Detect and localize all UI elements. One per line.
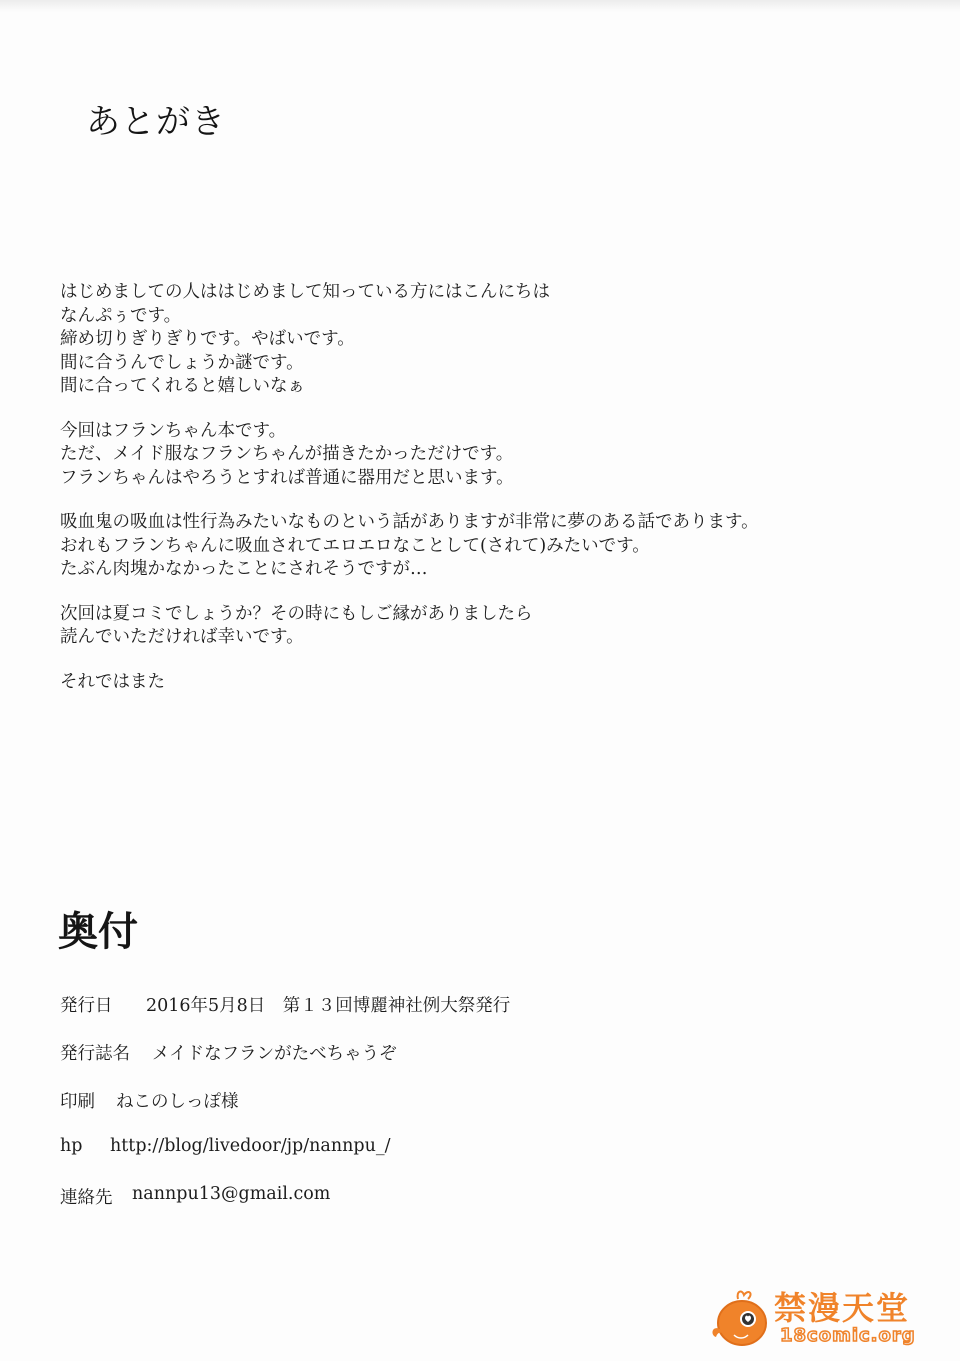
text-line: おれもフランちゃんに吸血されてエロエロなことして(されて)みたいです。 [60, 535, 759, 559]
watermark-logo: 禁漫天堂 18comic.org [708, 1285, 918, 1351]
afterword-paragraph: 今回はフランちゃん本です。 ただ、メイド服なフランちゃんが描きたかっただけです。… [60, 420, 759, 491]
text-line: 吸血鬼の吸血は性行為みたいなものという話がありますが非常に夢のある話であります。 [60, 511, 759, 535]
afterword-body: はじめましての人ははじめまして知っている方にはこんにちは なんぷぅです。 締め切… [60, 281, 759, 715]
text-line: はじめましての人ははじめまして知っている方にはこんにちは [60, 281, 759, 305]
contact-email[interactable]: nannpu13@gmail.com [132, 1184, 330, 1232]
text-line: 今回はフランちゃん本です。 [60, 420, 759, 444]
homepage-link[interactable]: http://blog/livedoor/jp/nannpu_/ [110, 1136, 391, 1184]
text-line: ただ、メイド服なフランちゃんが描きたかっただけです。 [60, 443, 759, 467]
text-line: フランちゃんはやろうとすれば普通に器用だと思います。 [60, 467, 759, 491]
text-line: 締め切りぎりぎりです。やばいです。 [60, 328, 759, 352]
colophon-row-date: 発行日 2016年5月8日 第１３回博麗神社例大祭発行 [60, 992, 510, 1040]
colophon-label: 発行誌名 [60, 1040, 152, 1088]
colophon-row-title: 発行誌名 メイドなフランがたべちゃうぞ [60, 1040, 510, 1088]
colophon-row-contact: 連絡先 nannpu13@gmail.com [60, 1184, 510, 1232]
text-line: それではまた [60, 671, 759, 695]
watermark-name: 禁漫天堂 [774, 1291, 910, 1325]
colophon-title: 奥付 [58, 900, 138, 957]
colophon-value: ねこのしっぽ様 [116, 1088, 239, 1136]
colophon-label: 連絡先 [60, 1184, 132, 1232]
page-top-edge [0, 0, 960, 12]
afterword-paragraph: はじめましての人ははじめまして知っている方にはこんにちは なんぷぅです。 締め切… [60, 281, 759, 399]
colophon-value: メイドなフランがたべちゃうぞ [152, 1040, 397, 1088]
watermark-domain: 18comic.org [780, 1325, 916, 1346]
afterword-title: あとがき [86, 94, 226, 143]
text-line: 間に合うんでしょうか謎です。 [60, 352, 759, 376]
colophon-value: 2016年5月8日 第１３回博麗神社例大祭発行 [146, 992, 510, 1040]
colophon-details: 発行日 2016年5月8日 第１３回博麗神社例大祭発行 発行誌名 メイドなフラン… [60, 992, 510, 1232]
afterword-paragraph: 吸血鬼の吸血は性行為みたいなものという話がありますが非常に夢のある話であります。… [60, 511, 759, 582]
text-line: 読んでいただければ幸いです。 [60, 626, 759, 650]
afterword-paragraph: それではまた [60, 671, 759, 695]
text-line: たぶん肉塊かなかったことにされそうですが… [60, 558, 759, 582]
colophon-label: 発行日 [60, 992, 146, 1040]
colophon-label: 印刷 [60, 1088, 116, 1136]
text-line: なんぷぅです。 [60, 305, 759, 329]
text-line: 間に合ってくれると嬉しいなぁ [60, 375, 759, 399]
afterword-paragraph: 次回は夏コミでしょうか？その時にもしご縁がありましたら 読んでいただければ幸いで… [60, 603, 759, 650]
colophon-label: hp [60, 1136, 110, 1184]
text-line: 次回は夏コミでしょうか？その時にもしご縁がありましたら [60, 603, 759, 627]
orange-whale-mascot-icon [708, 1285, 770, 1351]
colophon-row-homepage: hp http://blog/livedoor/jp/nannpu_/ [60, 1136, 510, 1184]
colophon-row-printer: 印刷 ねこのしっぽ様 [60, 1088, 510, 1136]
